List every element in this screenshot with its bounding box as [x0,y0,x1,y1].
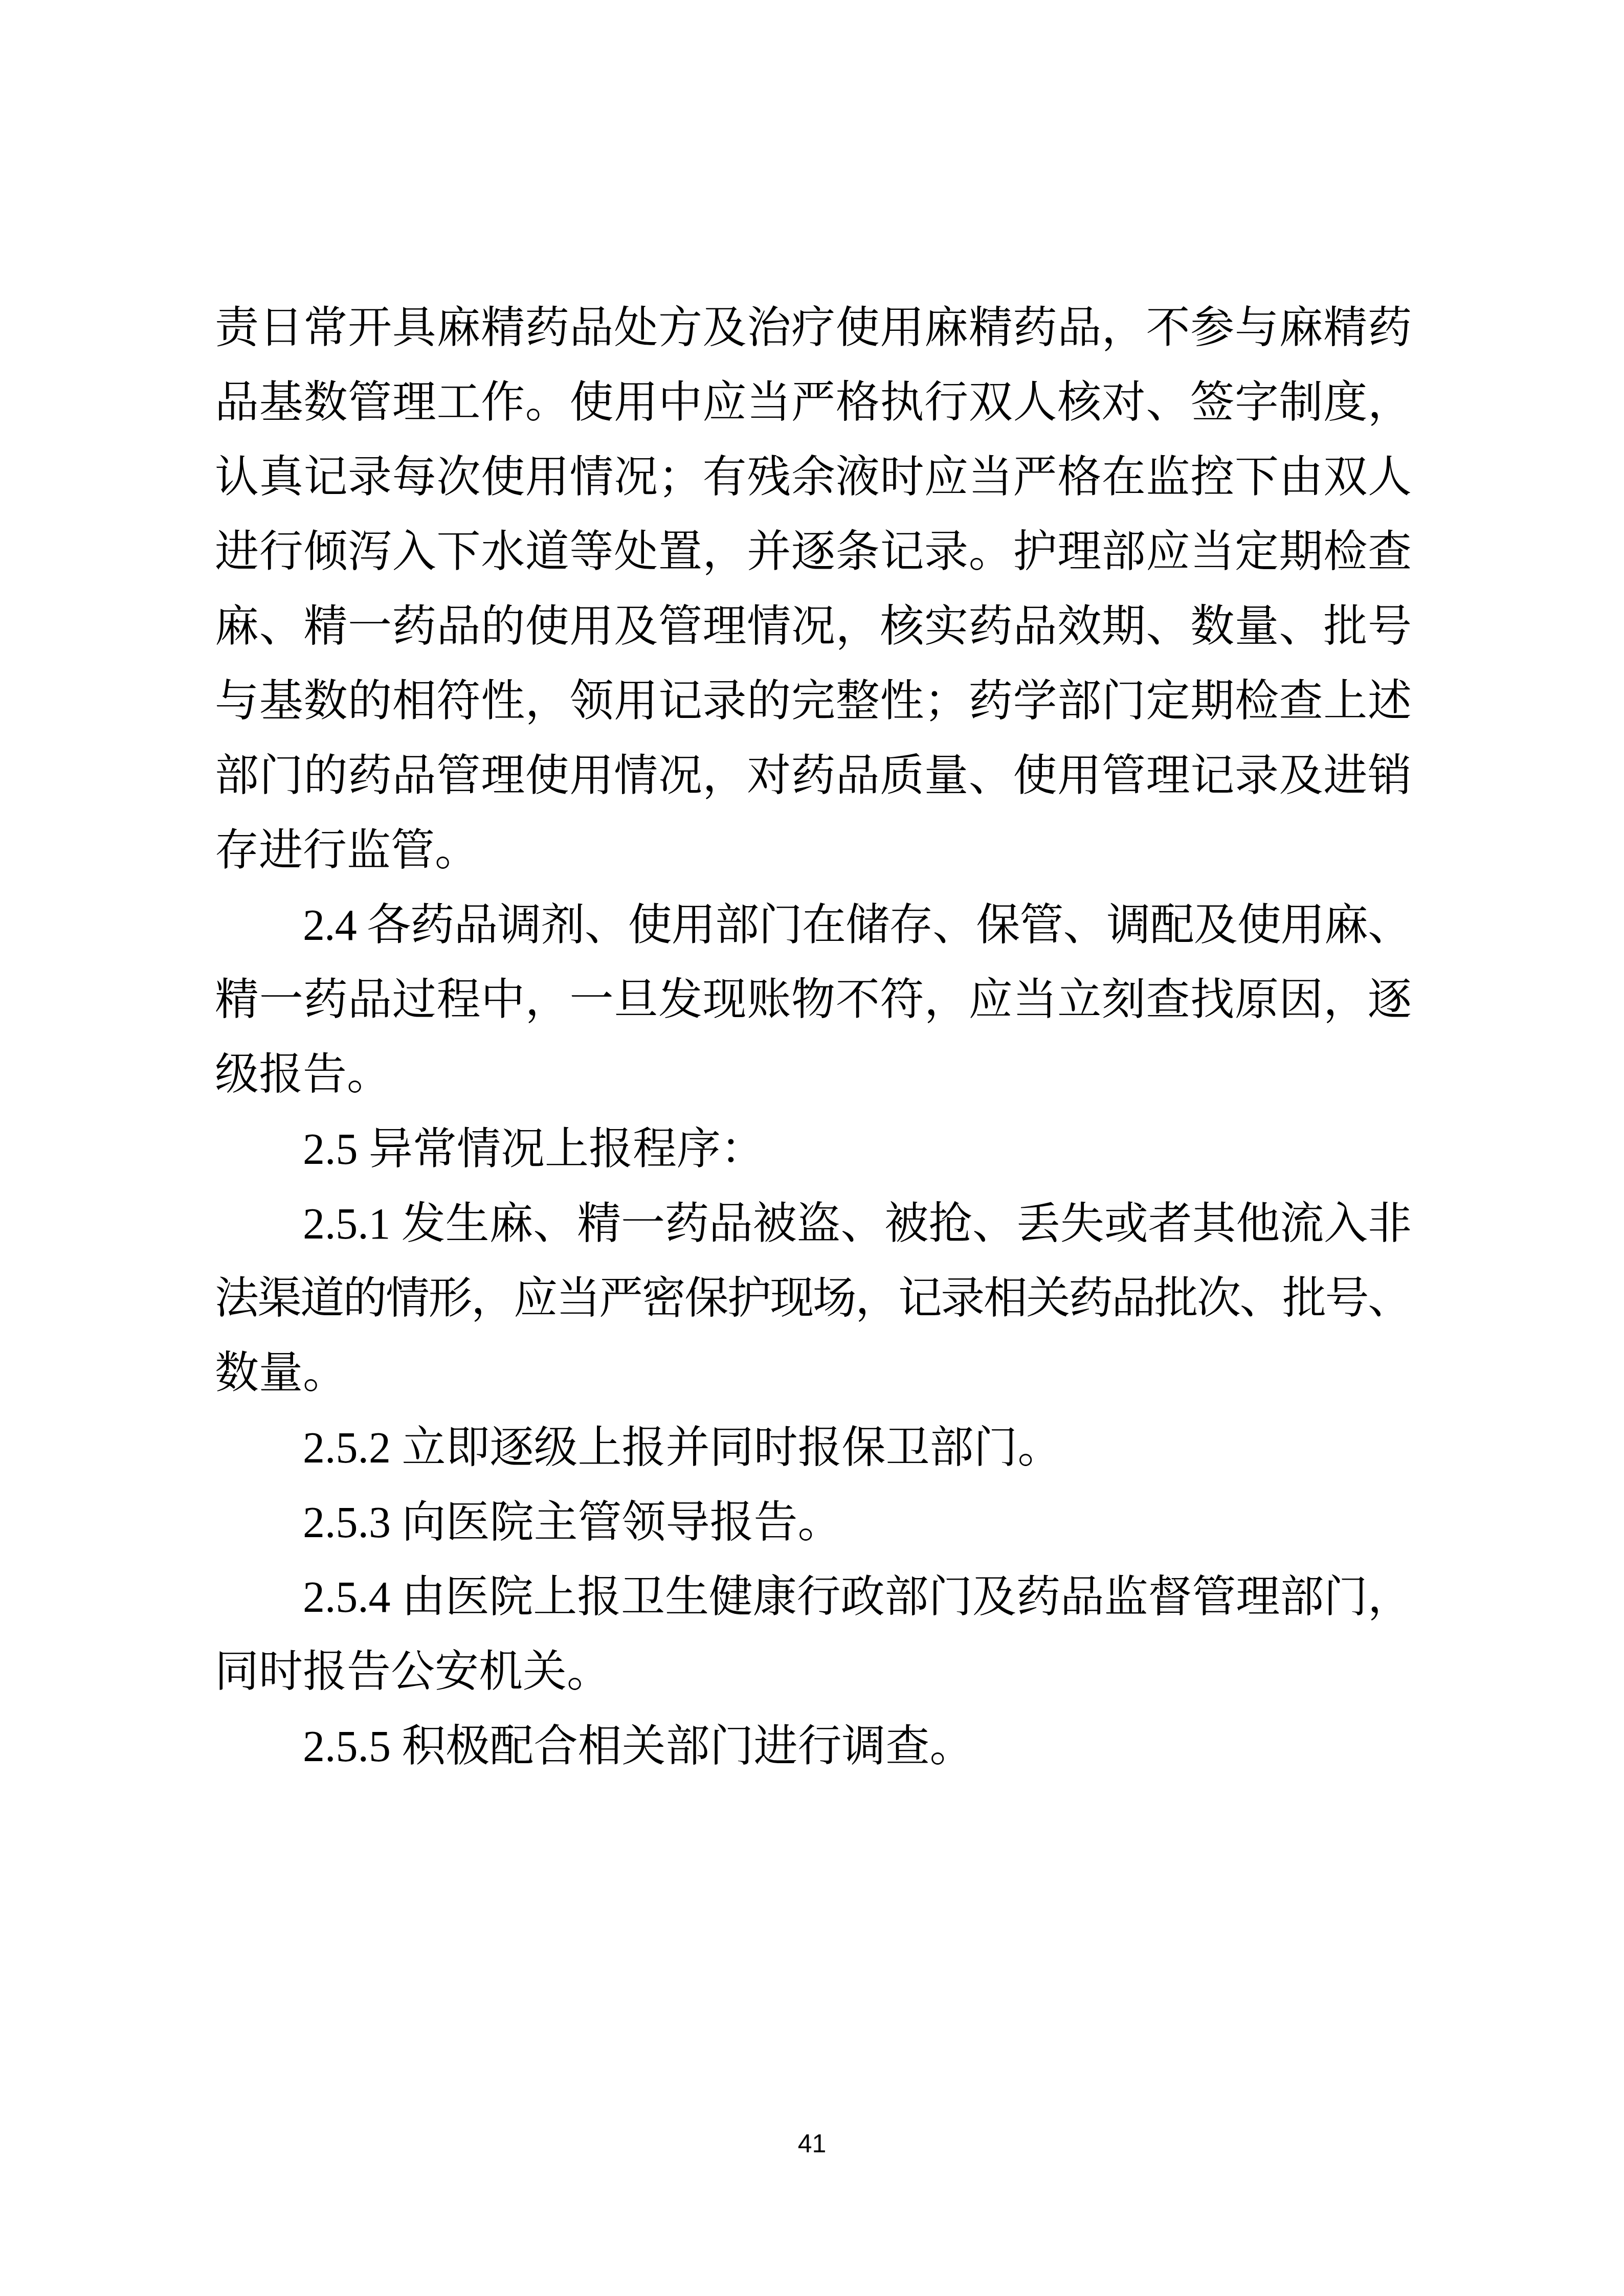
text-line: 品基数管理工作。使用中应当严格执行双人核对、签字制度， [215,365,1412,440]
text-line: 2.4 各药品调剂、使用部门在储存、保管、调配及使用麻、 [215,888,1412,962]
text-line-content: 2.5.5 积极配合相关部门进行调查。 [303,1709,974,1784]
text-line: 2.5.3 向医院主管领导报告。 [215,1485,1412,1560]
text-line-content: 2.5.3 向医院主管领导报告。 [303,1485,842,1560]
text-line-content: 品基数管理工作。使用中应当严格执行双人核对、签字制度， [215,365,1412,440]
text-line: 2.5.5 积极配合相关部门进行调查。 [215,1709,1412,1784]
text-line-content: 认真记录每次使用情况；有残余液时应当严格在监控下由双人 [215,440,1412,514]
text-line: 2.5.2 立即逐级上报并同时报保卫部门。 [215,1410,1412,1485]
text-line: 部门的药品管理使用情况，对药品质量、使用管理记录及进销 [215,738,1412,813]
text-line-content: 2.5.4 由医院上报卫生健康行政部门及药品监督管理部门， [303,1560,1412,1634]
paragraph: 2.5.1 发生麻、精一药品被盗、被抢、丢失或者其他流入非法渠道的情形，应当严密… [215,1186,1412,1410]
paragraph: 2.5.3 向医院主管领导报告。 [215,1485,1412,1560]
text-line: 存进行监管。 [215,813,1412,888]
text-line: 2.5 异常情况上报程序： [215,1112,1412,1186]
text-line: 2.5.1 发生麻、精一药品被盗、被抢、丢失或者其他流入非 [215,1186,1412,1261]
text-line: 2.5.4 由医院上报卫生健康行政部门及药品监督管理部门， [215,1560,1412,1634]
text-line: 同时报告公安机关。 [215,1634,1412,1709]
page-number: 41 [0,2128,1624,2159]
document-text-block: 责日常开具麻精药品处方及治疗使用麻精药品，不参与麻精药品基数管理工作。使用中应当… [215,290,1412,1784]
text-line-content: 存进行监管。 [215,813,479,888]
text-line-content: 级报告。 [215,1037,391,1112]
text-line-content: 2.4 各药品调剂、使用部门在储存、保管、调配及使用麻、 [303,888,1411,962]
paragraph: 2.5.4 由医院上报卫生健康行政部门及药品监督管理部门，同时报告公安机关。 [215,1560,1412,1709]
text-line-content: 与基数的相符性，领用记录的完整性；药学部门定期检查上述 [215,664,1412,738]
paragraph: 2.4 各药品调剂、使用部门在储存、保管、调配及使用麻、精一药品过程中，一旦发现… [215,888,1412,1112]
text-line: 进行倾泻入下水道等处置，并逐条记录。护理部应当定期检查 [215,514,1412,589]
text-line: 麻、精一药品的使用及管理情况，核实药品效期、数量、批号 [215,589,1412,664]
text-line: 数量。 [215,1336,1412,1410]
text-line: 责日常开具麻精药品处方及治疗使用麻精药品，不参与麻精药 [215,290,1412,365]
text-line-content: 精一药品过程中，一旦发现账物不符，应当立刻查找原因，逐 [215,962,1412,1037]
text-line-content: 数量。 [215,1336,347,1410]
text-line-content: 法渠道的情形，应当严密保护现场，记录相关药品批次、批号、 [215,1261,1410,1336]
paragraph: 2.5 异常情况上报程序： [215,1112,1412,1186]
text-line-content: 进行倾泻入下水道等处置，并逐条记录。护理部应当定期检查 [215,514,1412,589]
paragraph: 2.5.5 积极配合相关部门进行调查。 [215,1709,1412,1784]
text-line: 认真记录每次使用情况；有残余液时应当严格在监控下由双人 [215,440,1412,514]
text-line-content: 2.5 异常情况上报程序： [303,1112,765,1186]
text-line-content: 同时报告公安机关。 [215,1634,611,1709]
text-line-content: 2.5.1 发生麻、精一药品被盗、被抢、丢失或者其他流入非 [303,1186,1412,1261]
text-line-content: 2.5.2 立即逐级上报并同时报保卫部门。 [303,1410,1062,1485]
text-line: 级报告。 [215,1037,1412,1112]
text-line: 与基数的相符性，领用记录的完整性；药学部门定期检查上述 [215,664,1412,738]
paragraph: 责日常开具麻精药品处方及治疗使用麻精药品，不参与麻精药品基数管理工作。使用中应当… [215,290,1412,888]
text-line: 精一药品过程中，一旦发现账物不符，应当立刻查找原因，逐 [215,962,1412,1037]
paragraph: 2.5.2 立即逐级上报并同时报保卫部门。 [215,1410,1412,1485]
document-page: 责日常开具麻精药品处方及治疗使用麻精药品，不参与麻精药品基数管理工作。使用中应当… [0,0,1624,2296]
text-line-content: 部门的药品管理使用情况，对药品质量、使用管理记录及进销 [215,738,1412,813]
text-line-content: 麻、精一药品的使用及管理情况，核实药品效期、数量、批号 [215,589,1412,664]
text-line: 法渠道的情形，应当严密保护现场，记录相关药品批次、批号、 [215,1261,1412,1336]
text-line-content: 责日常开具麻精药品处方及治疗使用麻精药品，不参与麻精药 [215,290,1412,365]
